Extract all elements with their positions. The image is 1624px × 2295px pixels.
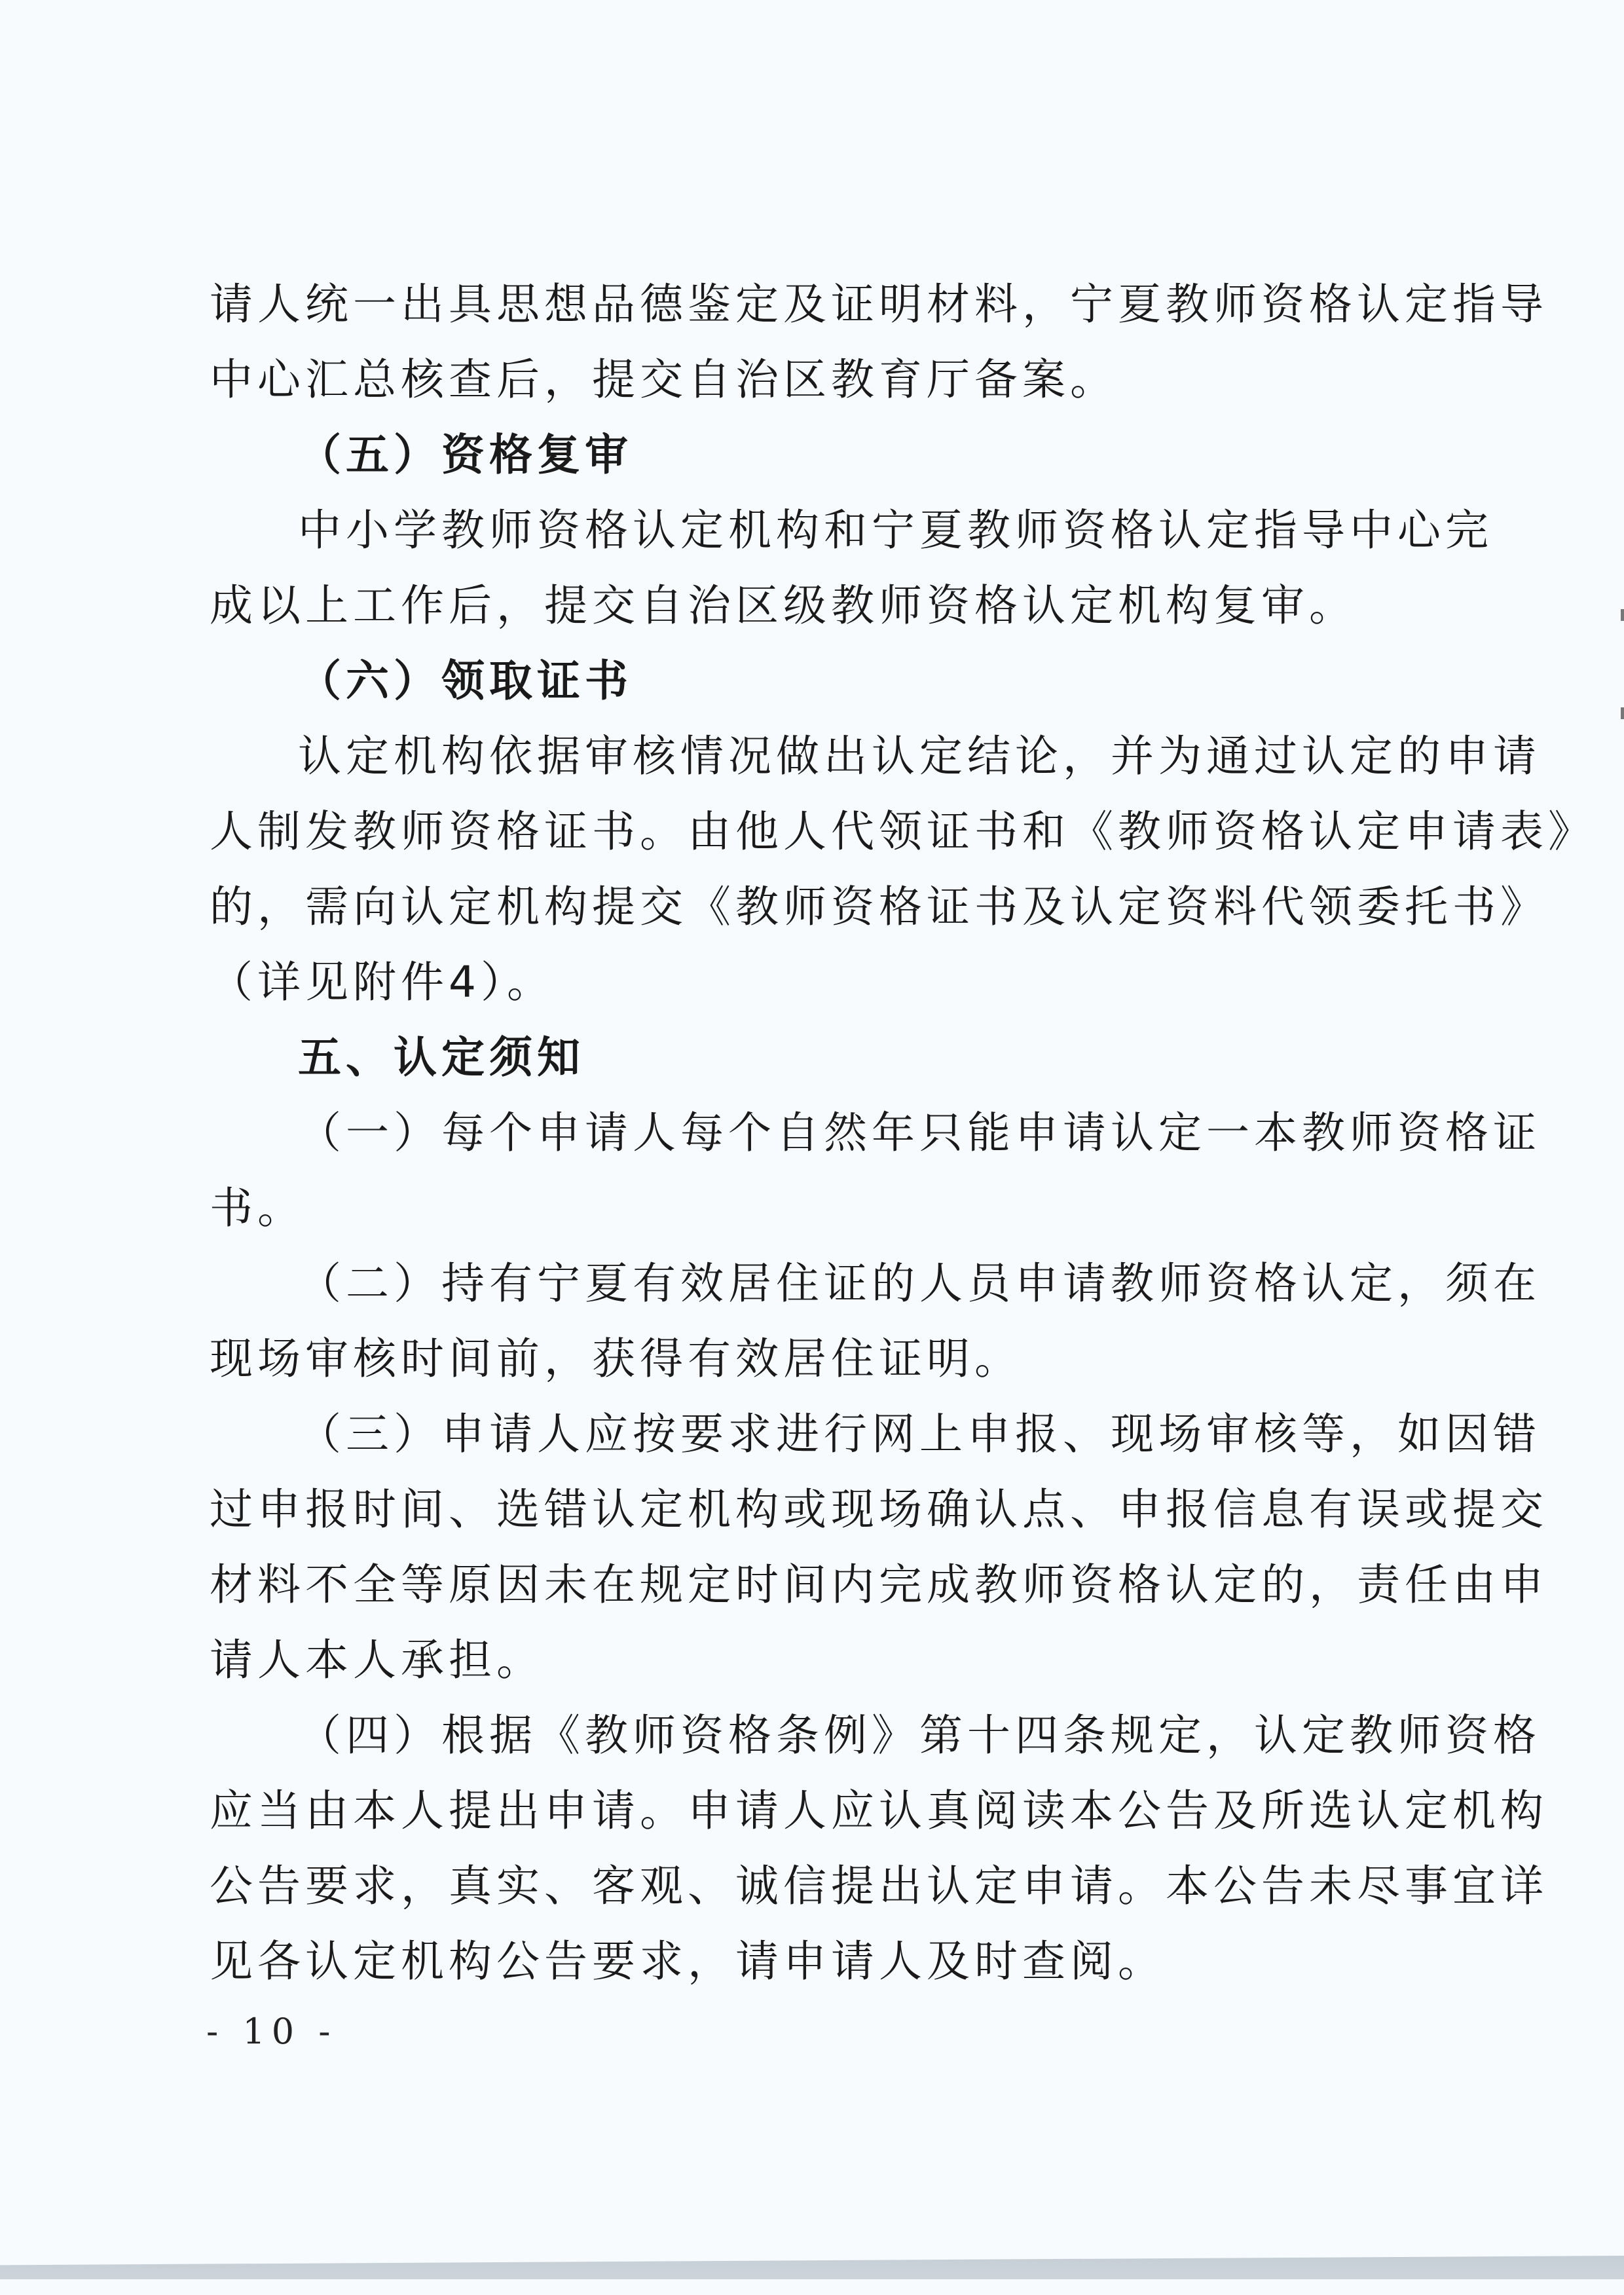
body-line-9: 的，需向认定机构提交《教师资格证书及认定资料代领委托书》 bbox=[210, 878, 1428, 937]
section-heading-receive-certificate: （六）领取证书 bbox=[298, 652, 1516, 711]
body-line-20: （四）根据《教师资格条例》第十四条规定，认定教师资格 bbox=[298, 1706, 1516, 1765]
body-line-2: 中心汇总核查后，提交自治区教育厅备案。 bbox=[210, 350, 1428, 409]
scan-mark bbox=[1621, 707, 1624, 719]
page-number: - 10 - bbox=[206, 2011, 337, 2052]
body-line-7: 认定机构依据审核情况做出认定结论，并为通过认定的申请 bbox=[298, 727, 1516, 786]
body-line-15: 现场审核时间前，获得有效居住证明。 bbox=[210, 1330, 1428, 1389]
body-line-4: 中小学教师资格认定机构和宁夏教师资格认定指导中心完 bbox=[298, 501, 1516, 560]
body-line-19: 请人本人承担。 bbox=[210, 1631, 1428, 1690]
body-line-17: 过申报时间、选错认定机构或现场确认点、申报信息有误或提交 bbox=[210, 1480, 1428, 1539]
body-line-18: 材料不全等原因未在规定时间内完成教师资格认定的，责任由申 bbox=[210, 1556, 1428, 1614]
document-page: 请人统一出具思想品德鉴定及证明材料，宁夏教师资格认定指导 中心汇总核查后，提交自… bbox=[0, 0, 1624, 2295]
scan-bottom-edge bbox=[0, 2256, 1624, 2295]
body-line-5: 成以上工作后，提交自治区级教师资格认定机构复审。 bbox=[210, 576, 1428, 635]
body-line-12: （一）每个申请人每个自然年只能申请认定一本教师资格证 bbox=[298, 1104, 1516, 1163]
body-line-10: （详见附件4）。 bbox=[210, 953, 1428, 1012]
body-line-13: 书。 bbox=[210, 1179, 1428, 1238]
body-line-1: 请人统一出具思想品德鉴定及证明材料，宁夏教师资格认定指导 bbox=[210, 275, 1428, 334]
body-line-23: 见各认定机构公告要求，请申请人及时查阅。 bbox=[210, 1932, 1428, 1991]
body-line-21: 应当由本人提出申请。申请人应认真阅读本公告及所选认定机构 bbox=[210, 1782, 1428, 1840]
body-line-22: 公告要求，真实、客观、诚信提出认定申请。本公告未尽事宜详 bbox=[210, 1857, 1428, 1916]
body-line-16: （三）申请人应按要求进行网上申报、现场审核等，如因错 bbox=[298, 1405, 1516, 1464]
body-line-14: （二）持有宁夏有效居住证的人员申请教师资格认定，须在 bbox=[298, 1254, 1516, 1313]
body-line-8: 人制发教师资格证书。由他人代领证书和《教师资格认定申请表》 bbox=[210, 802, 1428, 861]
section-heading-notice: 五、认定须知 bbox=[298, 1028, 1516, 1087]
scan-mark bbox=[1621, 609, 1624, 621]
section-heading-qualification-review: （五）资格复审 bbox=[298, 426, 1516, 485]
